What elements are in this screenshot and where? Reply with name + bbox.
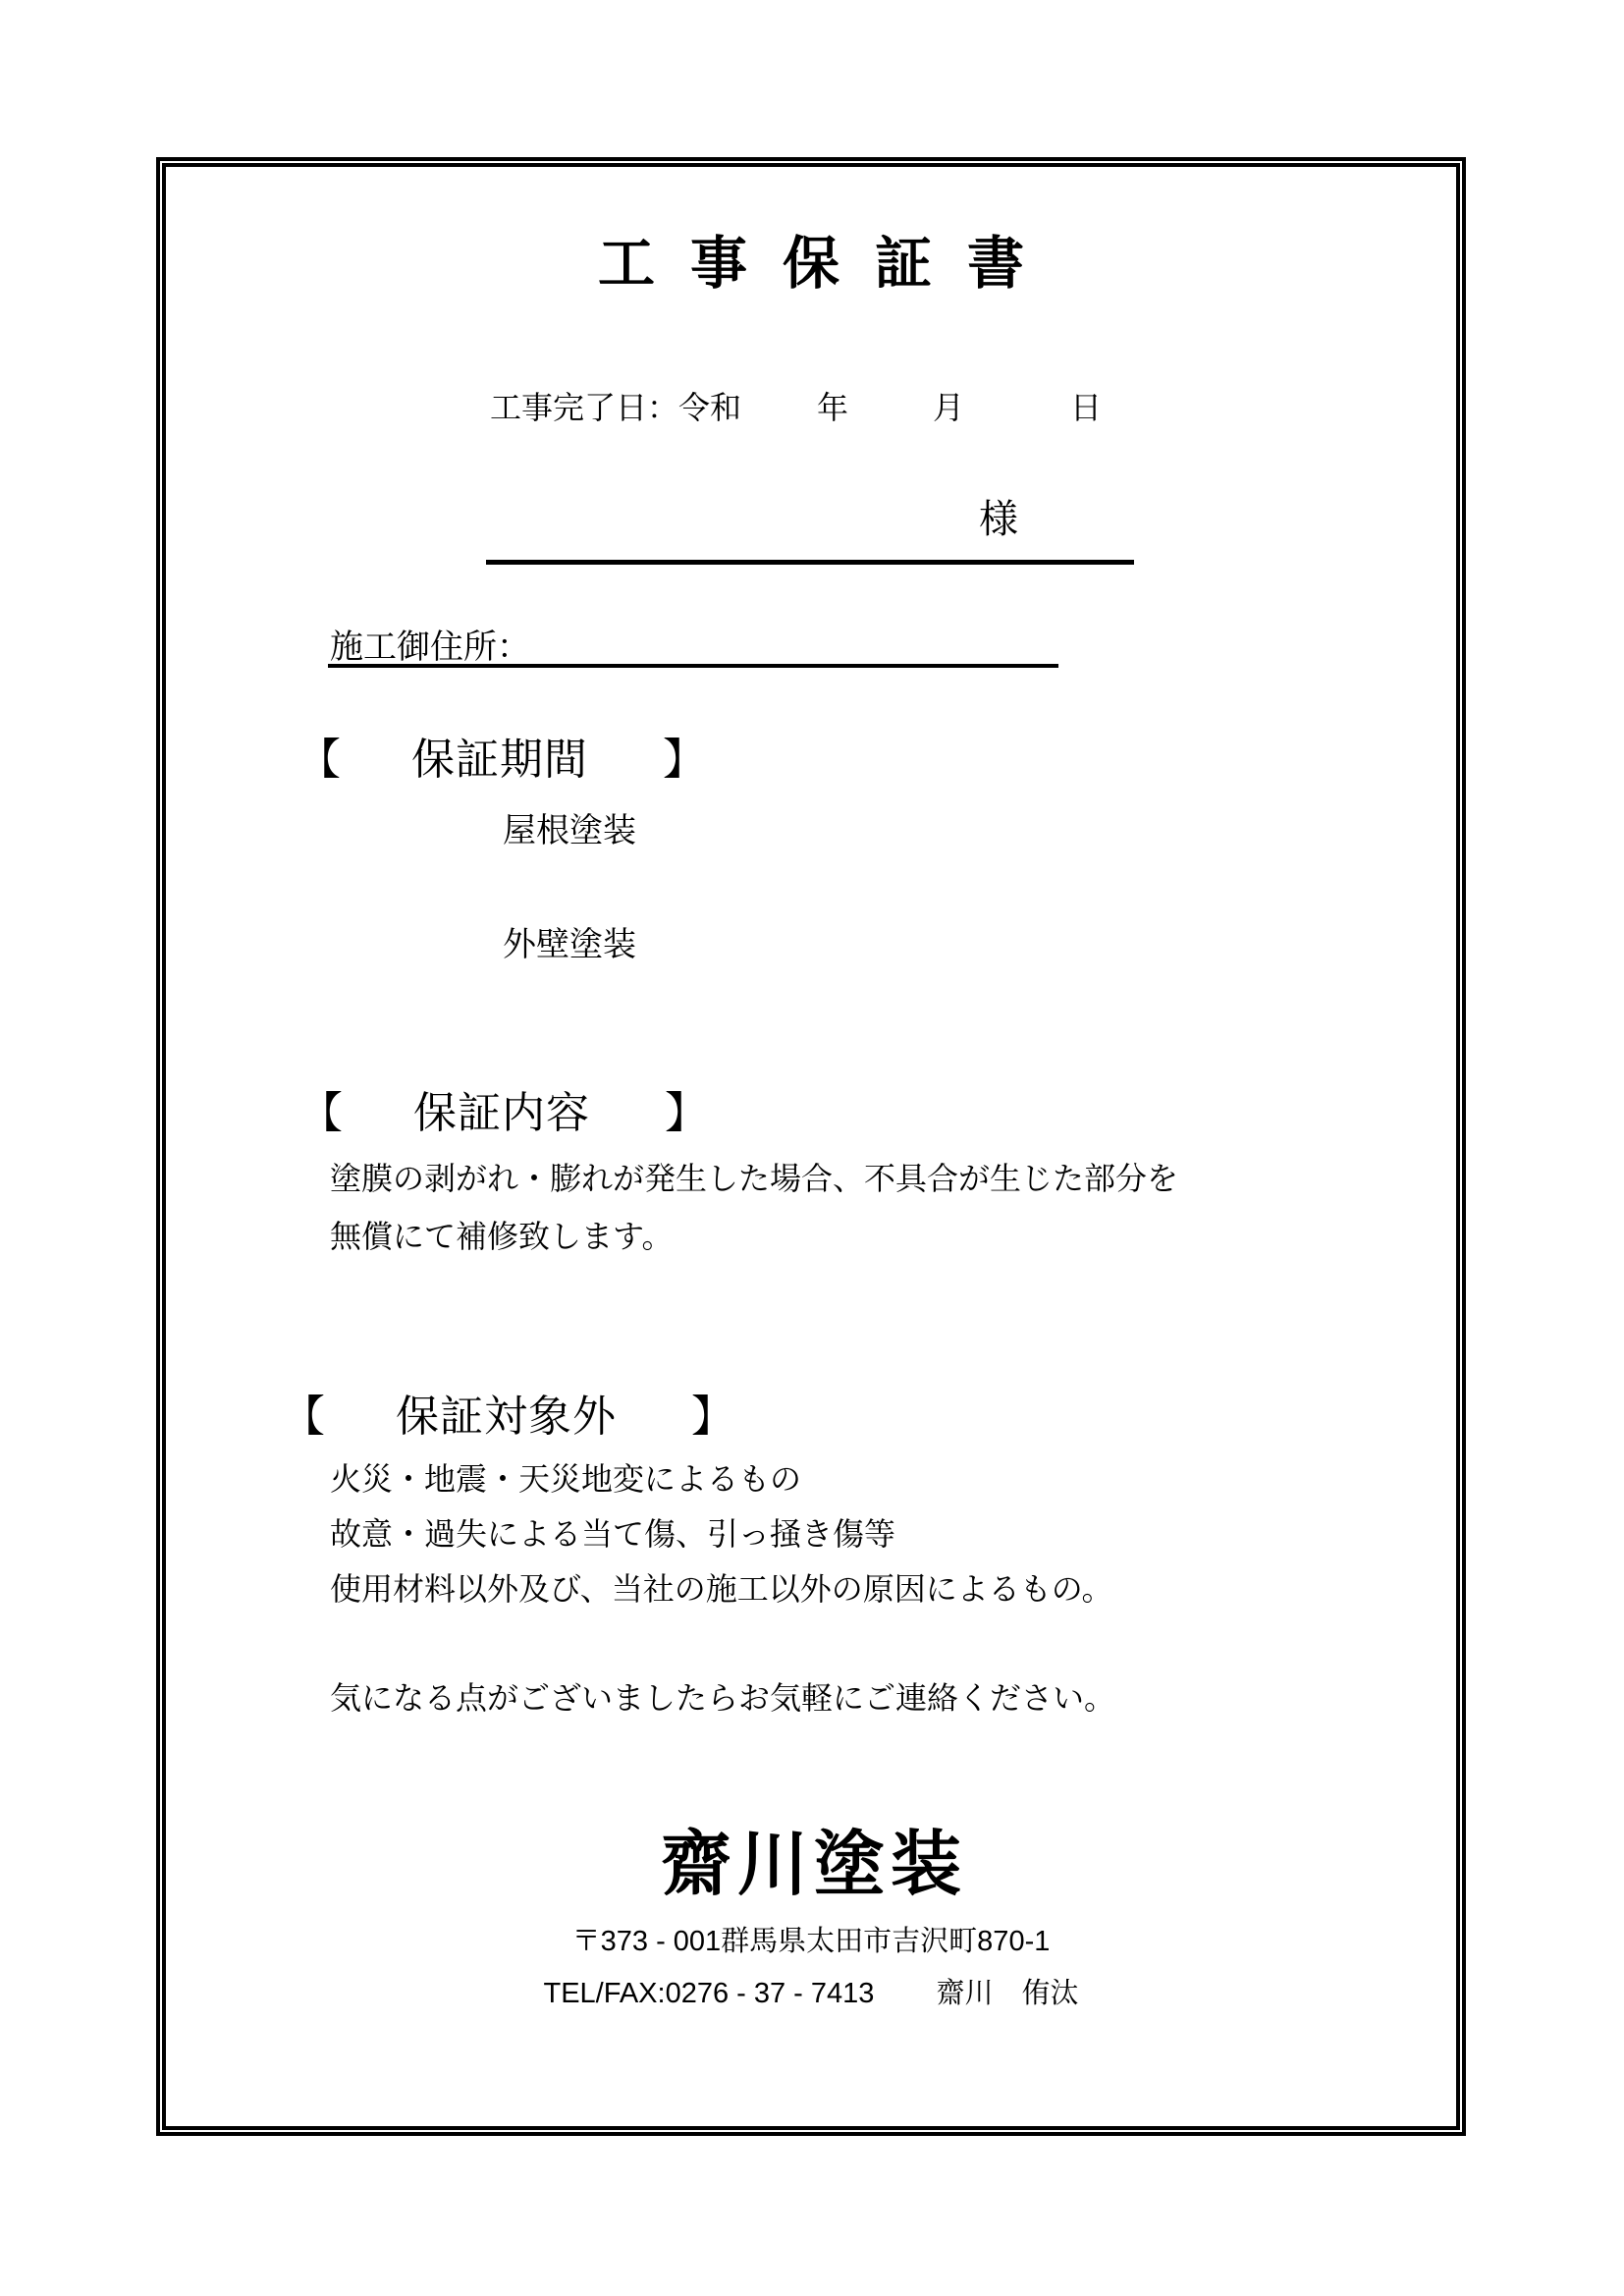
warranty-content-line: 塗膜の剥がれ・膨れが発生した場合、不具合が生じた部分を — [330, 1163, 1178, 1194]
company-name: 齋川塗装 — [156, 1829, 1466, 1899]
exclusion-line: 使用材料以外及び、当社の施工以外の原因によるもの。 — [330, 1573, 1112, 1605]
closing-note: 気になる点がございましたらお気軽にご連絡ください。 — [330, 1682, 1115, 1714]
addressee-fill-in-line — [486, 560, 1134, 565]
completion-date-line: 工事完了日：令和 年 月 日 — [490, 392, 1102, 423]
warranty-period-heading-label: 保証期間 — [411, 738, 588, 782]
exclusion-line: 故意・過失による当て傷、引っ掻き傷等 — [330, 1518, 895, 1550]
right-bracket: 】 — [691, 1395, 734, 1439]
day-suffix-label: 日 — [1070, 392, 1102, 423]
document-title: 工事保証書 — [156, 236, 1466, 293]
warranty-exclusions-heading: 【 保証対象外 】 — [282, 1395, 734, 1439]
completion-date-label: 工事完了日：令和 — [490, 392, 741, 423]
company-representative-name: 齋川 侑汰 — [936, 1978, 1078, 2009]
exclusion-line: 火災・地震・天災地変によるもの — [330, 1463, 801, 1495]
company-contact-line: TEL/FAX:0276 - 37 - 7413 齋川 侑汰 — [156, 1980, 1466, 2008]
construction-address-fill-in-line — [328, 664, 1058, 668]
company-tel-fax: TEL/FAX:0276 - 37 - 7413 — [543, 1978, 874, 2009]
left-bracket: 【 — [299, 1092, 343, 1135]
warranty-item-roof-painting: 屋根塗装 — [503, 814, 636, 847]
left-bracket: 【 — [282, 1395, 325, 1439]
month-suffix-label: 月 — [933, 392, 964, 423]
warranty-content-line: 無償にて補修致します。 — [330, 1221, 673, 1252]
warranty-item-wall-painting: 外壁塗装 — [503, 928, 636, 961]
warranty-exclusions-heading-label: 保証対象外 — [396, 1395, 617, 1439]
right-bracket: 】 — [665, 1092, 708, 1135]
warranty-content-heading: 【 保証内容 】 — [299, 1092, 708, 1135]
warranty-content-heading-label: 保証内容 — [413, 1092, 590, 1135]
year-suffix-label: 年 — [817, 392, 848, 423]
addressee-honorific-label: 様 — [979, 500, 1018, 539]
construction-address-label: 施工御住所： — [330, 630, 530, 664]
company-address: 〒373 - 001群馬県太田市吉沢町870-1 — [156, 1928, 1466, 1956]
warranty-period-heading: 【 保証期間 】 — [298, 738, 706, 782]
left-bracket: 【 — [298, 738, 341, 782]
right-bracket: 】 — [663, 738, 706, 782]
